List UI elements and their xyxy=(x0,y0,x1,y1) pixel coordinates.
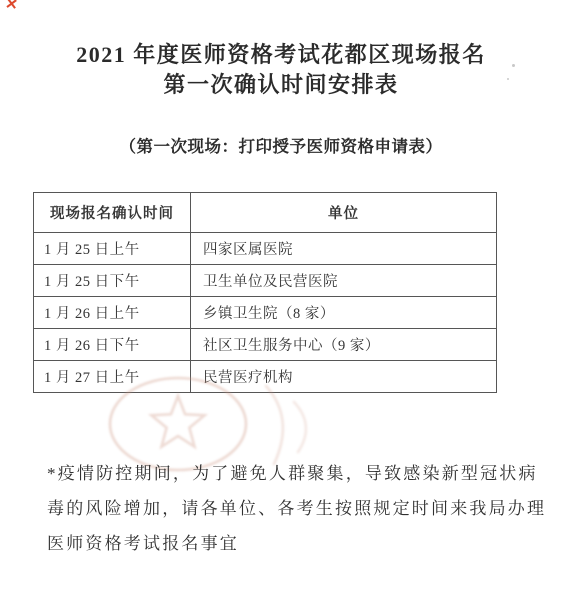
footnote-line-1: *疫情防控期间，为了避免人群聚集，导致感染新型冠状病 xyxy=(47,456,537,491)
table-header-row: 现场报名确认时间 单位 xyxy=(34,193,497,233)
cell-unit: 民营医疗机构 xyxy=(191,361,497,393)
cell-time: 1 月 27 日上午 xyxy=(34,361,191,393)
header-unit: 单位 xyxy=(191,193,497,233)
title-line-1: 2021 年度医师资格考试花都区现场报名 xyxy=(0,40,562,70)
table-row: 1 月 27 日上午 民营医疗机构 xyxy=(34,361,497,393)
document-subtitle: （第一次现场：打印授予医师资格申请表） xyxy=(0,133,562,157)
cell-unit: 四家区属医院 xyxy=(191,233,497,265)
scan-speck xyxy=(512,64,515,67)
footnote-line-3: 医师资格考试报名事宜 xyxy=(47,526,537,561)
cell-unit: 社区卫生服务中心（9 家） xyxy=(191,329,497,361)
document-title: 2021 年度医师资格考试花都区现场报名 第一次确认时间安排表 xyxy=(0,40,562,100)
table-row: 1 月 25 日上午 四家区属医院 xyxy=(34,233,497,265)
footnote-line-2: 毒的风险增加，请各单位、各考生按照规定时间来我局办理 xyxy=(47,491,537,526)
cell-time: 1 月 25 日上午 xyxy=(34,233,191,265)
red-x-pen-mark: ✕ xyxy=(4,0,19,14)
scanned-document-page: ✕ 2021 年度医师资格考试花都区现场报名 第一次确认时间安排表 （第一次现场… xyxy=(0,0,562,604)
cell-unit: 卫生单位及民营医院 xyxy=(191,265,497,297)
cell-time: 1 月 25 日下午 xyxy=(34,265,191,297)
title-line-2: 第一次确认时间安排表 xyxy=(0,70,562,100)
cell-unit: 乡镇卫生院（8 家） xyxy=(191,297,497,329)
table-row: 1 月 26 日上午 乡镇卫生院（8 家） xyxy=(34,297,497,329)
confirmation-schedule-table: 现场报名确认时间 单位 1 月 25 日上午 四家区属医院 1 月 25 日下午… xyxy=(33,192,497,393)
scan-speck xyxy=(507,78,509,80)
footnote: *疫情防控期间，为了避免人群聚集，导致感染新型冠状病 毒的风险增加，请各单位、各… xyxy=(47,456,537,561)
table-row: 1 月 26 日下午 社区卫生服务中心（9 家） xyxy=(34,329,497,361)
table-row: 1 月 25 日下午 卫生单位及民营医院 xyxy=(34,265,497,297)
cell-time: 1 月 26 日下午 xyxy=(34,329,191,361)
cell-time: 1 月 26 日上午 xyxy=(34,297,191,329)
header-confirmation-time: 现场报名确认时间 xyxy=(34,193,191,233)
